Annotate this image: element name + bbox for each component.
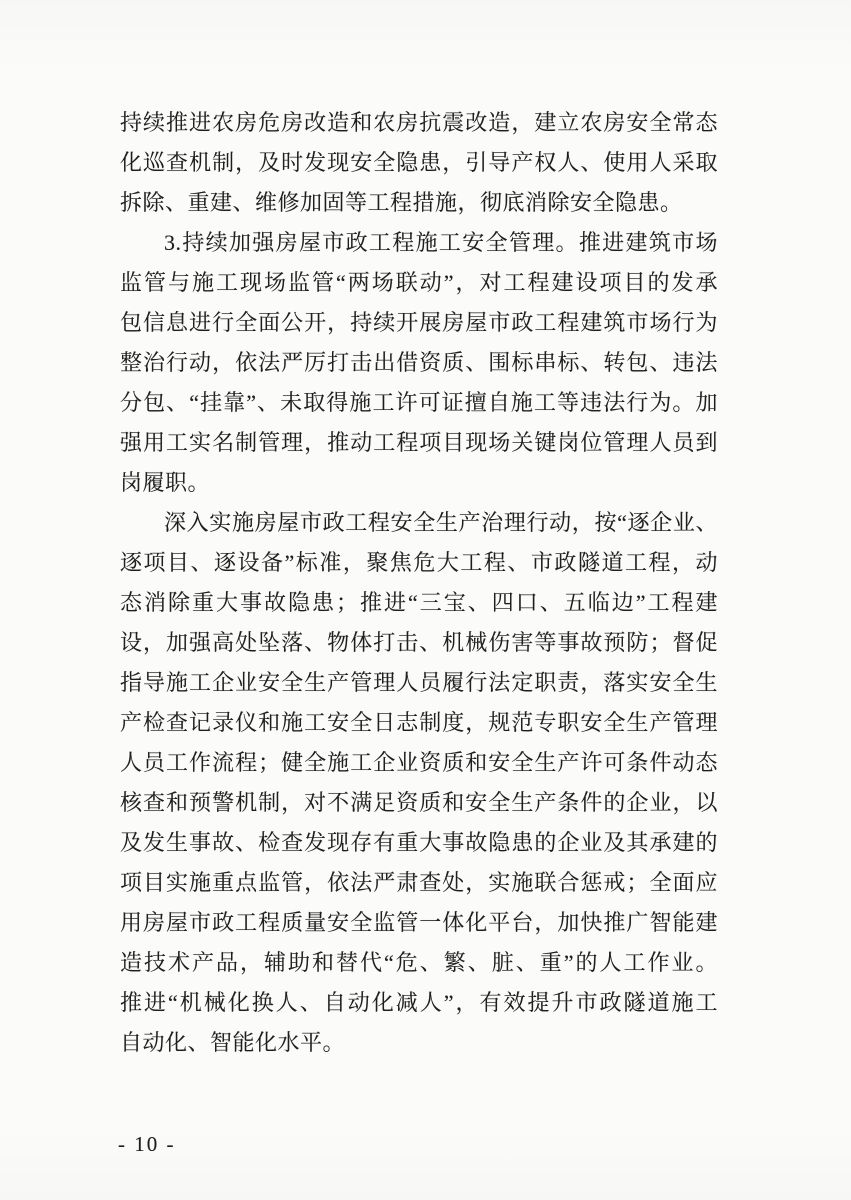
text-line: 逐项目、逐设备”标准，聚焦危大工程、市政隧道工程，动 — [120, 543, 718, 583]
text-line: 造技术产品，辅助和替代“危、繁、脏、重”的人工作业。 — [120, 943, 718, 983]
text-line: 深入实施房屋市政工程安全生产治理行动，按“逐企业、 — [120, 503, 718, 543]
text-line: 用房屋市政工程质量安全监管一体化平台，加快推广智能建 — [120, 903, 718, 943]
page-number: - 10 - — [118, 1132, 176, 1157]
text-line: 核查和预警机制，对不满足资质和安全生产条件的企业，以 — [120, 783, 718, 823]
text-line: 及发生事故、检查发现存有重大事故隐患的企业及其承建的 — [120, 823, 718, 863]
text-line: 推进“机械化换人、自动化减人”，有效提升市政隧道施工 — [120, 983, 718, 1023]
text-line: 化巡查机制，及时发现安全隐患，引导产权人、使用人采取 — [120, 143, 718, 183]
text-line: 产检查记录仪和施工安全日志制度，规范专职安全生产管理 — [120, 703, 718, 743]
document-text: 持续推进农房危房改造和农房抗震改造，建立农房安全常态化巡查机制，及时发现安全隐患… — [120, 103, 718, 1063]
text-line: 态消除重大事故隐患；推进“三宝、四口、五临边”工程建 — [120, 583, 718, 623]
text-line: 人员工作流程；健全施工企业资质和安全生产许可条件动态 — [120, 743, 718, 783]
scanned-document-page: 持续推进农房危房改造和农房抗震改造，建立农房安全常态化巡查机制，及时发现安全隐患… — [0, 0, 851, 1200]
text-line: 拆除、重建、维修加固等工程措施，彻底消除安全隐患。 — [120, 183, 718, 223]
text-line: 自动化、智能化水平。 — [120, 1023, 718, 1063]
text-line: 监管与施工现场监管“两场联动”，对工程建设项目的发承 — [120, 263, 718, 303]
text-line: 设，加强高处坠落、物体打击、机械伤害等事故预防；督促 — [120, 623, 718, 663]
text-line: 项目实施重点监管，依法严肃查处，实施联合惩戒；全面应 — [120, 863, 718, 903]
text-line: 岗履职。 — [120, 463, 718, 503]
text-line: 强用工实名制管理，推动工程项目现场关键岗位管理人员到 — [120, 423, 718, 463]
text-line: 分包、“挂靠”、未取得施工许可证擅自施工等违法行为。加 — [120, 383, 718, 423]
text-line: 持续推进农房危房改造和农房抗震改造，建立农房安全常态 — [120, 103, 718, 143]
text-line: 指导施工企业安全生产管理人员履行法定职责，落实安全生 — [120, 663, 718, 703]
text-line: 3.持续加强房屋市政工程施工安全管理。推进建筑市场 — [120, 223, 718, 263]
text-line: 整治行动，依法严厉打击出借资质、围标串标、转包、违法 — [120, 343, 718, 383]
text-line: 包信息进行全面公开，持续开展房屋市政工程建筑市场行为 — [120, 303, 718, 343]
